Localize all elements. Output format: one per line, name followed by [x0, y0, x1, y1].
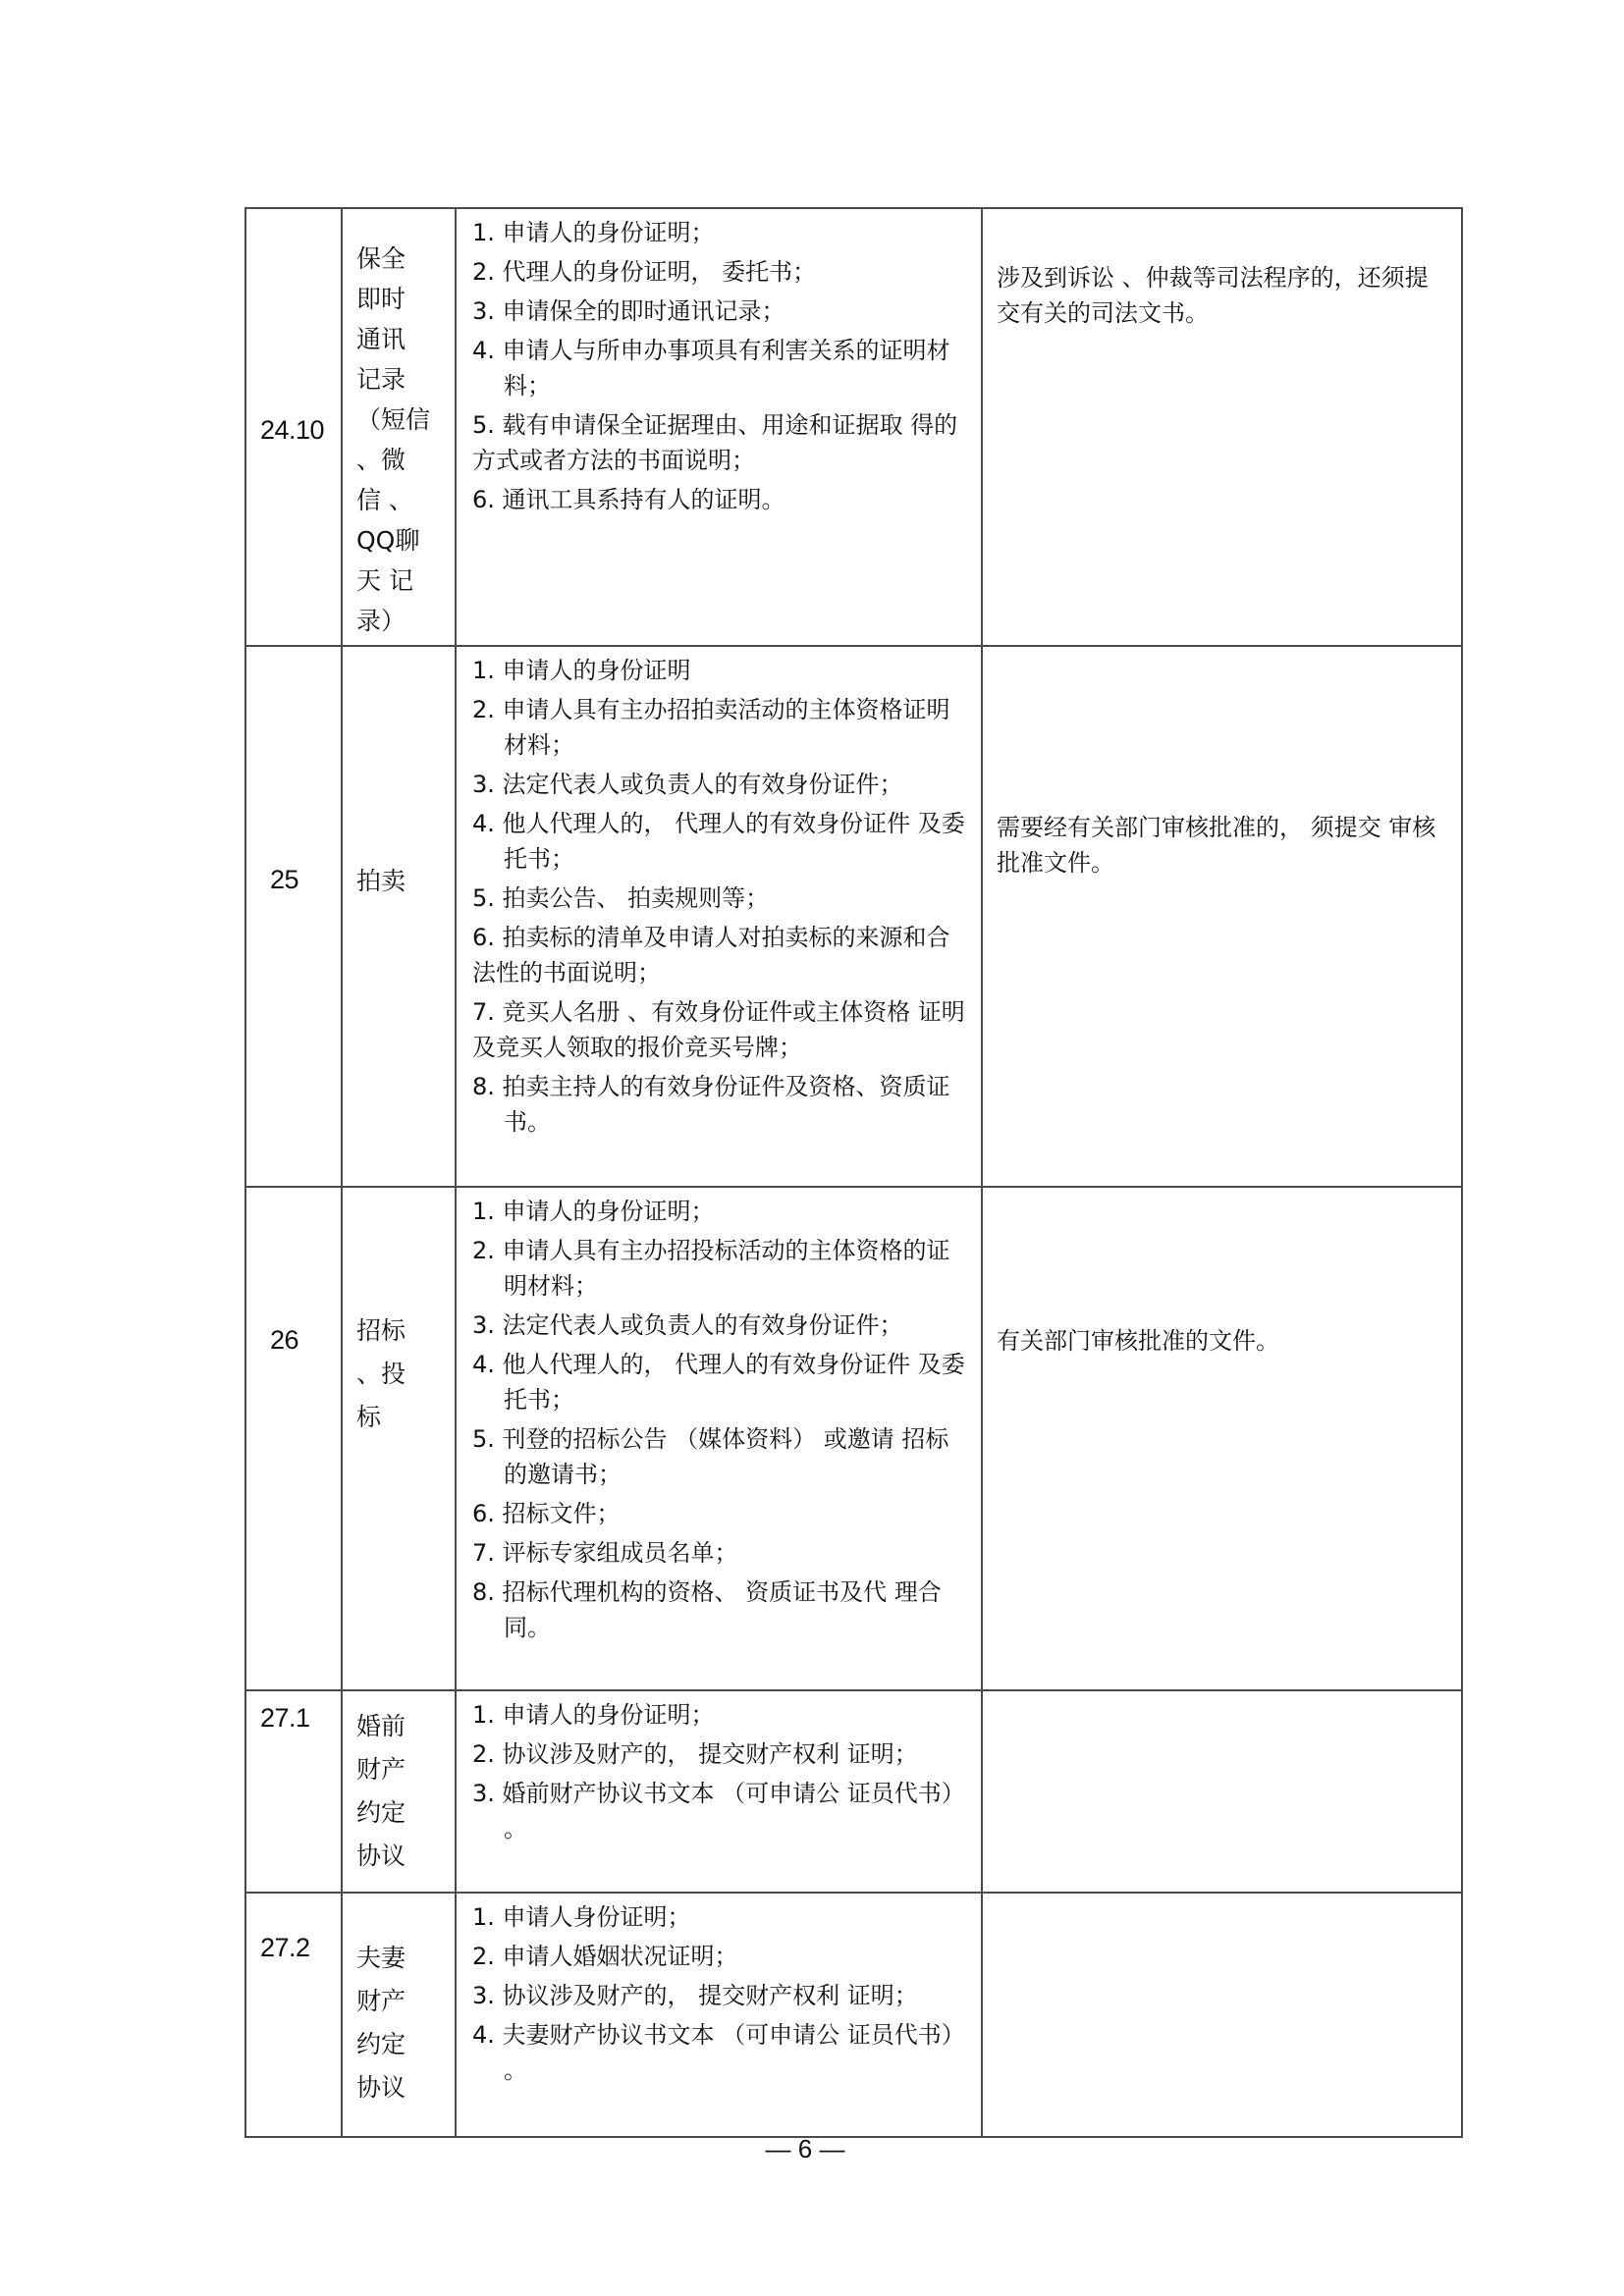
list-item: 1. 申请人的身份证明；	[472, 1697, 971, 1733]
list-item: 6. 招标文件；	[472, 1496, 971, 1531]
list-item: 1. 申请人的身份证明；	[472, 1194, 971, 1229]
row-number: 27.1	[260, 1703, 310, 1734]
list-item: 8. 招标代理机构的资格、 资质证书及代 理合同。	[472, 1575, 971, 1645]
item-name: 招标 、投 标	[356, 1309, 445, 1439]
row-number-cell: 27.2	[245, 1893, 342, 2137]
list-item: 4. 夫妻财产协议书文本 （可申请公 证员代书） 。	[472, 2017, 971, 2088]
list-item: 4. 他人代理人的， 代理人的有效身份证件 及委托书；	[472, 1347, 971, 1417]
list-item: 2. 协议涉及财产的， 提交财产权利 证明；	[472, 1736, 971, 1772]
list-item: 2. 申请人具有主办招拍卖活动的主体资格证明材料；	[472, 692, 971, 763]
row-number: 26	[270, 1325, 298, 1356]
list-item: 5. 载有申请保全证据理由、用途和证据取 得的方式或者方法的书面说明；	[472, 407, 971, 478]
requirements-list: 1. 申请人的身份证明； 2. 代理人的身份证明， 委托书； 3. 申请保全的即…	[457, 209, 981, 517]
list-item: 6. 拍卖标的清单及申请人对拍卖标的来源和合法性的书面说明；	[472, 920, 971, 990]
note-cell: 需要经有关部门审核批准的， 须提交 审核批准文件。	[982, 646, 1462, 1187]
row-number: 24.10	[260, 415, 324, 446]
table-row: 26 招标 、投 标 1. 申请人的身份证明； 2. 申请人具有主办招投标活动的…	[245, 1187, 1462, 1690]
list-item: 7. 评标专家组成员名单；	[472, 1535, 971, 1571]
row-number-cell: 24.10	[245, 208, 342, 646]
table-row: 27.2 夫妻 财产 约定 协议 1. 申请人身份证明； 2. 申请人婚姻状况证…	[245, 1893, 1462, 2137]
list-item: 3. 法定代表人或负责人的有效身份证件；	[472, 1308, 971, 1343]
requirements-list: 1. 申请人的身份证明 2. 申请人具有主办招拍卖活动的主体资格证明材料； 3.…	[457, 647, 981, 1140]
item-name-cell: 婚前 财产 约定 协议	[342, 1690, 456, 1893]
row-number: 25	[270, 865, 298, 895]
row-number-cell: 27.1	[245, 1690, 342, 1893]
row-number-cell: 25	[245, 646, 342, 1187]
list-item: 7. 竞买人名册 、有效身份证件或主体资格 证明及竞买人领取的报价竞买号牌；	[472, 994, 971, 1065]
page-number: — 6 —	[687, 2134, 923, 2164]
item-name-cell: 招标 、投 标	[342, 1187, 456, 1690]
note-text: 有关部门审核批准的文件。	[997, 1323, 1451, 1359]
list-item: 3. 申请保全的即时通讯记录；	[472, 294, 971, 329]
note-text: 涉及到诉讼 、仲裁等司法程序的，还须提交有关的司法文书。	[997, 260, 1451, 331]
note-cell: 有关部门审核批准的文件。	[982, 1187, 1462, 1690]
list-item: 5. 拍卖公告、 拍卖规则等；	[472, 881, 971, 916]
list-item: 5. 刊登的招标公告 （媒体资料） 或邀请 招标的邀请书；	[472, 1421, 971, 1492]
requirements-cell: 1. 申请人身份证明； 2. 申请人婚姻状况证明； 3. 协议涉及财产的， 提交…	[456, 1893, 982, 2137]
row-number-cell: 26	[245, 1187, 342, 1690]
list-item: 8. 拍卖主持人的有效身份证件及资格、资质证书。	[472, 1069, 971, 1140]
note-text: 需要经有关部门审核批准的， 须提交 审核批准文件。	[997, 810, 1451, 881]
list-item: 3. 婚前财产协议书文本 （可申请公 证员代书） 。	[472, 1776, 971, 1846]
requirements-cell: 1. 申请人的身份证明； 2. 代理人的身份证明， 委托书； 3. 申请保全的即…	[456, 208, 982, 646]
list-item: 1. 申请人身份证明；	[472, 1899, 971, 1935]
list-item: 4. 申请人与所申办事项具有利害关系的证明材料；	[472, 333, 971, 403]
list-item: 2. 代理人的身份证明， 委托书；	[472, 254, 971, 290]
item-name: 拍卖	[356, 861, 445, 901]
note-cell	[982, 1893, 1462, 2137]
requirements-cell: 1. 申请人的身份证明； 2. 申请人具有主办招投标活动的主体资格的证明材料； …	[456, 1187, 982, 1690]
note-cell: 涉及到诉讼 、仲裁等司法程序的，还须提交有关的司法文书。	[982, 208, 1462, 646]
list-item: 3. 法定代表人或负责人的有效身份证件；	[472, 767, 971, 802]
list-item: 2. 申请人婚姻状况证明；	[472, 1939, 971, 1974]
item-name: 夫妻 财产 约定 协议	[356, 1937, 445, 2109]
requirements-list: 1. 申请人身份证明； 2. 申请人婚姻状况证明； 3. 协议涉及财产的， 提交…	[457, 1894, 981, 2088]
item-name-cell: 拍卖	[342, 646, 456, 1187]
item-name: 保全 即时 通讯 记录 （短信 、微 信 、 QQ聊 天 记 录）	[356, 239, 445, 641]
table-row: 25 拍卖 1. 申请人的身份证明 2. 申请人具有主办招拍卖活动的主体资格证明…	[245, 646, 1462, 1187]
requirements-cell: 1. 申请人的身份证明； 2. 协议涉及财产的， 提交财产权利 证明； 3. 婚…	[456, 1690, 982, 1893]
list-item: 1. 申请人的身份证明；	[472, 215, 971, 250]
requirements-cell: 1. 申请人的身份证明 2. 申请人具有主办招拍卖活动的主体资格证明材料； 3.…	[456, 646, 982, 1187]
item-name: 婚前 财产 约定 协议	[356, 1705, 445, 1878]
row-number: 27.2	[260, 1933, 310, 1963]
item-name-cell: 夫妻 财产 约定 协议	[342, 1893, 456, 2137]
list-item: 4. 他人代理人的， 代理人的有效身份证件 及委托书；	[472, 806, 971, 877]
list-item: 6. 通讯工具系持有人的证明。	[472, 482, 971, 517]
list-item: 3. 协议涉及财产的， 提交财产权利 证明；	[472, 1978, 971, 2013]
requirements-table: 24.10 保全 即时 通讯 记录 （短信 、微 信 、 QQ聊 天 记 录）	[244, 207, 1463, 2138]
list-item: 1. 申请人的身份证明	[472, 653, 971, 688]
document-page: 24.10 保全 即时 通讯 记录 （短信 、微 信 、 QQ聊 天 记 录）	[0, 0, 1624, 2296]
table-row: 24.10 保全 即时 通讯 记录 （短信 、微 信 、 QQ聊 天 记 录）	[245, 208, 1462, 646]
item-name-cell: 保全 即时 通讯 记录 （短信 、微 信 、 QQ聊 天 记 录）	[342, 208, 456, 646]
requirements-list: 1. 申请人的身份证明； 2. 申请人具有主办招投标活动的主体资格的证明材料； …	[457, 1188, 981, 1645]
table-row: 27.1 婚前 财产 约定 协议 1. 申请人的身份证明； 2. 协议涉及财产的…	[245, 1690, 1462, 1893]
note-cell	[982, 1690, 1462, 1893]
list-item: 2. 申请人具有主办招投标活动的主体资格的证明材料；	[472, 1233, 971, 1304]
requirements-list: 1. 申请人的身份证明； 2. 协议涉及财产的， 提交财产权利 证明； 3. 婚…	[457, 1691, 981, 1846]
